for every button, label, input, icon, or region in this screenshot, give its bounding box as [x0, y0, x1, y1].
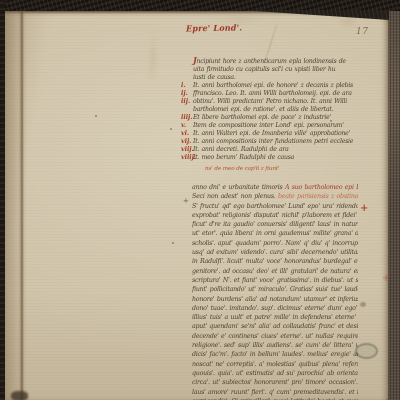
index-row: i.It. anni bartholomei epi. de honore' z… — [181, 82, 365, 90]
text-line: genitore'. ad occasu' deo' et illi' grat… — [192, 267, 358, 276]
index-text: Item de compositione inter Lond' epi. pe… — [193, 122, 344, 129]
main-text-block: anno dni' e urbanitate timoris A suo bar… — [192, 183, 358, 400]
margin-cross-icon: + — [382, 273, 388, 284]
text-line: dicis' fac'm'. facto' in bellum' laudes'… — [192, 350, 358, 359]
text-line: noscat' ne' correptis'. a' molestias' qu… — [192, 360, 358, 369]
index-text: uita firmitudo cu capitulis scl'i cu xpi… — [193, 66, 335, 73]
index-numeral: iiij. — [181, 114, 192, 122]
text-line: in Radulfi'. licuit' multa' voce' honora… — [192, 257, 358, 266]
text-line: decende' e' continens' ciues' eterne'. u… — [192, 332, 358, 341]
margin-cross-icon: + — [360, 203, 368, 214]
inline-rubric: beate parisiensis z obstinatio g — [278, 193, 358, 200]
text-line: religione'. sed' sup' illis' audiens'. s… — [192, 341, 358, 350]
book-binding-top — [0, 0, 400, 11]
inline-rubric: A suo bartholomeo epi Lund' — [285, 184, 358, 191]
text-line: usq' ad exitum' videndo'. cura' sibi' de… — [192, 248, 358, 257]
chapter-heading-rubric: Epre' Lond'. — [186, 23, 242, 34]
speck — [95, 115, 97, 117]
index-row: v.Item de compositione inter Lond' epi. … — [181, 122, 365, 130]
index-text: Et libere bartholomei epi. de pace' z in… — [193, 114, 331, 121]
index-numeral: i. — [181, 82, 186, 90]
gutter-crease — [19, 11, 25, 400]
index-numeral: iij. — [181, 98, 190, 106]
index-numeral: vi. — [181, 130, 189, 138]
index-text: bartholomei epi. de ratione'. et aliis d… — [193, 106, 333, 113]
index-text: It. anni compositionis inter fundationem… — [193, 138, 353, 145]
text-line: scriptura' N'. et fiant' voce' gratissim… — [192, 276, 358, 285]
text-line: honore' burdens' alia' ad notandum' utam… — [192, 295, 358, 304]
margin-plus-mark: + — [183, 197, 189, 205]
index-row: viij.It. anni decreti. Radulphi de ara — [181, 146, 365, 154]
index-text: It. anni decreti. Radulphi de ara — [193, 146, 289, 153]
ink-spot — [360, 302, 366, 307]
index-text: It. anni bartholomei epi. de honore' z d… — [193, 82, 353, 89]
text-segment: anno dni' e urbanitate timoris — [192, 184, 283, 191]
stain — [146, 19, 160, 97]
index-text: It. anni Walteri epi. de Imanberia ville… — [193, 130, 350, 137]
index-list: Jncipiunt hore z anthenticarum epla lond… — [181, 56, 365, 162]
index-row: ij.ffrancisco. Leo. It. anni Willi barth… — [181, 90, 365, 98]
index-text: ncipiunt hore z anthenticarum epla londi… — [197, 58, 346, 65]
text-line: illius' tuis' a uult' et patre' mille' i… — [192, 313, 358, 322]
manuscript-photo: Epre' Lond'. 17 Jncipiunt hore z anthent… — [0, 0, 400, 400]
rubric-note: ns' de meo de cap'li z fiunt' — [205, 166, 279, 172]
index-text: iusti de causa. — [193, 74, 236, 81]
index-row: vi.It. anni Walteri epi. de Imanberia vi… — [181, 130, 365, 138]
index-numeral: viij. — [181, 146, 194, 154]
speck — [172, 242, 174, 244]
index-text: obtinu'. Willi predictam' Petro nichano.… — [193, 98, 347, 105]
index-row: vij.It. anni compositionis inter fundati… — [181, 138, 365, 146]
index-numeral: ij. — [181, 90, 188, 98]
speck — [170, 128, 172, 130]
index-text: It. meo berum' Radulphi de causa — [193, 154, 294, 161]
text-segment: Seci non adest' non plenus. — [192, 193, 276, 200]
text-line: aput' quendam' se'ni' alia' ad collaudat… — [192, 322, 358, 331]
text-line: laus' amore' ruunt' fieri'. q' cum' prem… — [192, 388, 358, 397]
index-row: iiij.Et libere bartholomei epi. de pace'… — [181, 114, 365, 122]
text-line: exprobat' religionis' disputat' nichil' … — [192, 211, 358, 220]
text-line: circa'. ut' subiectos' honorarent' pro' … — [192, 378, 358, 387]
text-line: fiunt' pollicitando' ut' miraculo'. Grat… — [192, 285, 358, 294]
text-line: S' fructu' qd' ego bartholomee' Lund' ep… — [192, 202, 358, 211]
folio-number: 17 — [356, 27, 368, 37]
index-row: Jncipiunt hore z anthenticarum epla lond… — [181, 56, 365, 66]
index-numeral: vij. — [181, 138, 191, 146]
index-row: iusti de causa. — [181, 74, 365, 82]
text-line: quouis'. quia'. ut' estimatis' ad su' pa… — [192, 369, 358, 378]
text-line: scholis'. aput' quadam' porro'. Nam' q' … — [192, 239, 358, 248]
index-row: bartholomei epi. de ratione'. et aliis d… — [181, 106, 365, 114]
index-row: uita firmitudo cu capitulis scl'i cu xpi… — [181, 66, 365, 74]
index-numeral: viiij. — [181, 154, 196, 162]
text-line: dono' tuae'. imitando'. sup'. dicimus' e… — [192, 304, 358, 313]
ring-smudge — [355, 343, 378, 359]
text-line: anno dni' e urbanitate timoris A suo bar… — [192, 183, 358, 192]
index-row: viiij.It. meo berum' Radulphi de causa — [181, 154, 365, 162]
index-numeral: v. — [181, 122, 186, 130]
index-text: ffrancisco. Leo. It. anni Willi bartholo… — [193, 90, 352, 97]
text-line: Seci non adest' non plenus. beate parisi… — [192, 192, 358, 201]
index-row: iij.obtinu'. Willi predictam' Petro nich… — [181, 98, 365, 106]
text-line: ut' etor'. quia libera' in orni gaudemus… — [192, 229, 358, 238]
book-spine-edge — [0, 0, 5, 400]
text-line: ficut' d're ita gaudio' conuersis' dilig… — [192, 220, 358, 229]
manuscript-page: Epre' Lond'. 17 Jncipiunt hore z anthent… — [4, 11, 388, 400]
